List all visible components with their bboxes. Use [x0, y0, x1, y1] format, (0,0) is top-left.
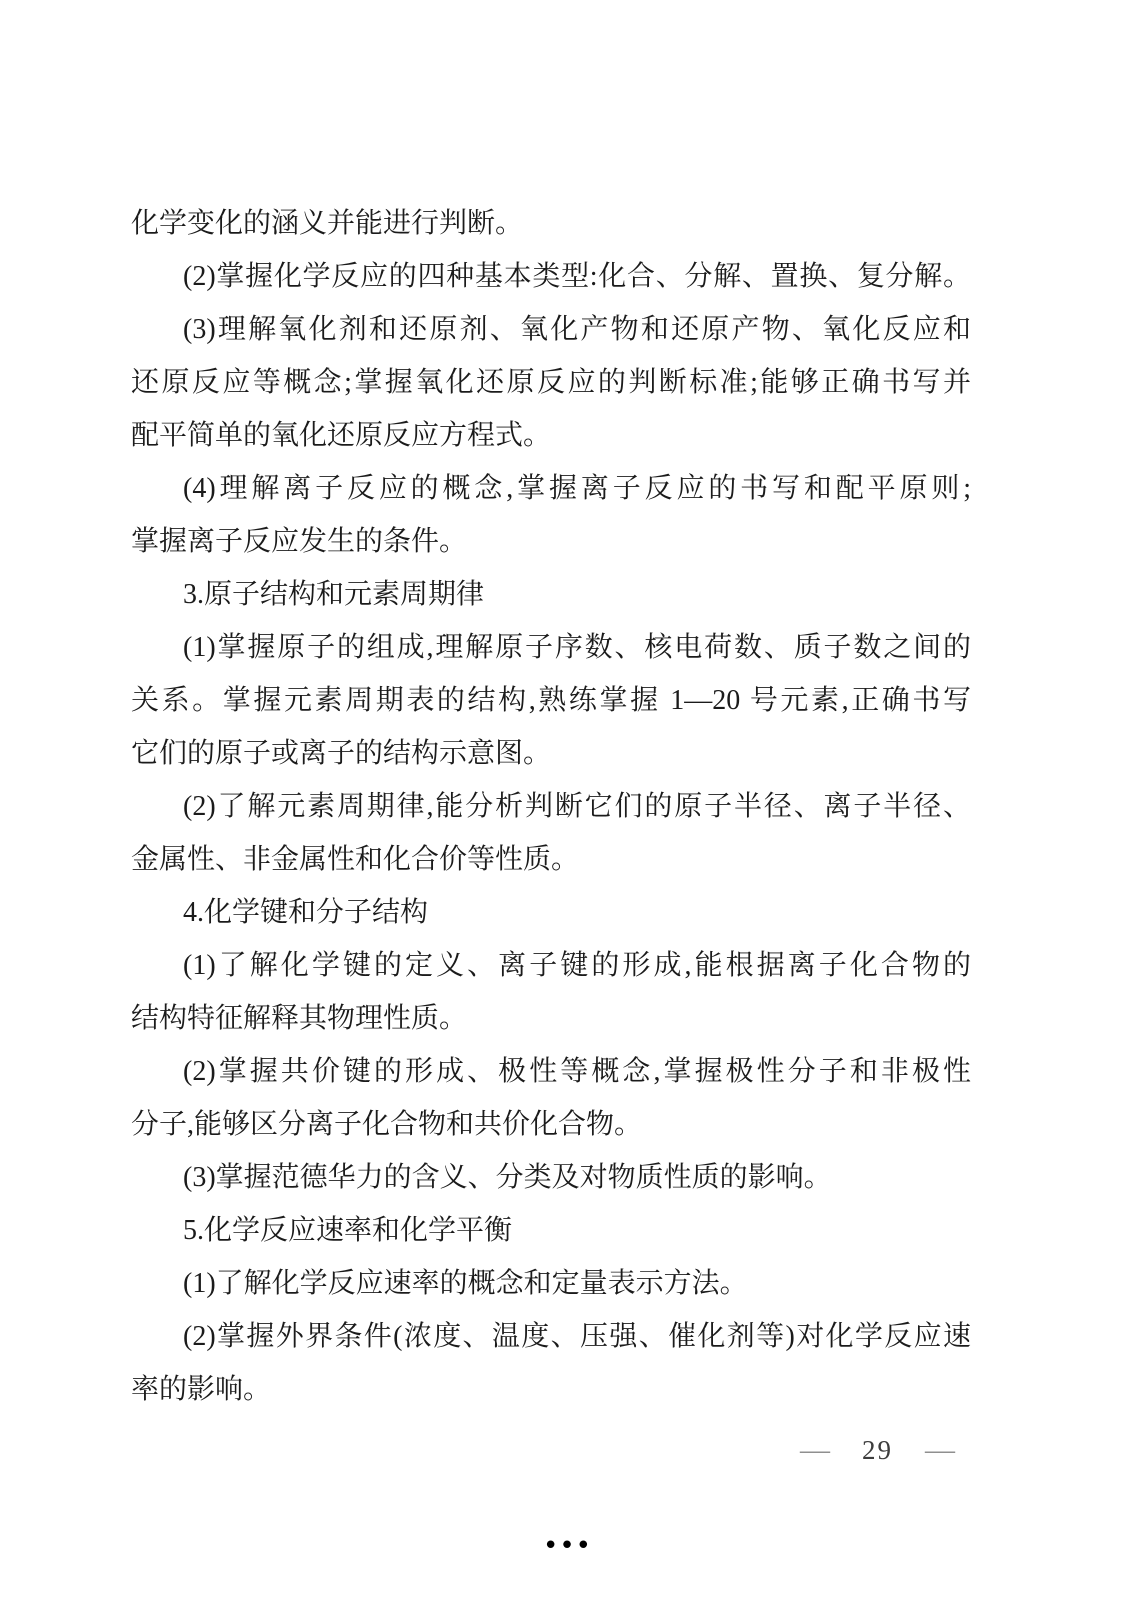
- text-line: (3)掌握范德华力的含义、分类及对物质性质的影响。: [131, 1151, 971, 1204]
- text-line: 5.化学反应速率和化学平衡: [131, 1204, 971, 1257]
- text-line: (2)了解元素周期律,能分析判断它们的原子半径、离子半径、: [131, 780, 971, 833]
- text-line: 掌握离子反应发生的条件。: [131, 515, 971, 568]
- text-line: (1)了解化学键的定义、离子键的形成,能根据离子化合物的: [131, 939, 971, 992]
- page-number-right-dash: —: [925, 1428, 955, 1472]
- text-line: (2)掌握共价键的形成、极性等概念,掌握极性分子和非极性: [131, 1045, 971, 1098]
- text-line: (2)掌握外界条件(浓度、温度、压强、催化剂等)对化学反应速: [131, 1310, 971, 1363]
- text-line: 配平简单的氧化还原反应方程式。: [131, 409, 971, 462]
- text-line: (3)理解氧化剂和还原剂、氧化产物和还原产物、氧化反应和: [131, 303, 971, 356]
- text-line: (1)了解化学反应速率的概念和定量表示方法。: [131, 1257, 971, 1310]
- text-line: 3.原子结构和元素周期律: [131, 568, 971, 621]
- page-number: — 29 —: [800, 1428, 955, 1472]
- text-line: 率的影响。: [131, 1363, 971, 1416]
- page-number-value: 29: [862, 1428, 893, 1472]
- text-line: 结构特征解释其物理性质。: [131, 992, 971, 1045]
- text-line: 关系。掌握元素周期表的结构,熟练掌握 1—20 号元素,正确书写: [131, 674, 971, 727]
- text-line: 4.化学键和分子结构: [131, 886, 971, 939]
- text-line: 分子,能够区分离子化合物和共价化合物。: [131, 1098, 971, 1151]
- text-line: 还原反应等概念;掌握氧化还原反应的判断标准;能够正确书写并: [131, 356, 971, 409]
- text-line: 金属性、非金属性和化合价等性质。: [131, 833, 971, 886]
- document-page: 化学变化的涵义并能进行判断。(2)掌握化学反应的四种基本类型:化合、分解、置换、…: [0, 0, 1131, 1600]
- text-line: (1)掌握原子的组成,理解原子序数、核电荷数、质子数之间的: [131, 621, 971, 674]
- ellipsis-icon: •••: [543, 1531, 593, 1561]
- text-line: (4)理解离子反应的概念,掌握离子反应的书写和配平原则;: [131, 462, 971, 515]
- document-body: 化学变化的涵义并能进行判断。(2)掌握化学反应的四种基本类型:化合、分解、置换、…: [131, 197, 971, 1416]
- text-line: 化学变化的涵义并能进行判断。: [131, 197, 971, 250]
- text-line: 它们的原子或离子的结构示意图。: [131, 727, 971, 780]
- text-line: (2)掌握化学反应的四种基本类型:化合、分解、置换、复分解。: [131, 250, 971, 303]
- page-number-left-dash: —: [800, 1428, 830, 1472]
